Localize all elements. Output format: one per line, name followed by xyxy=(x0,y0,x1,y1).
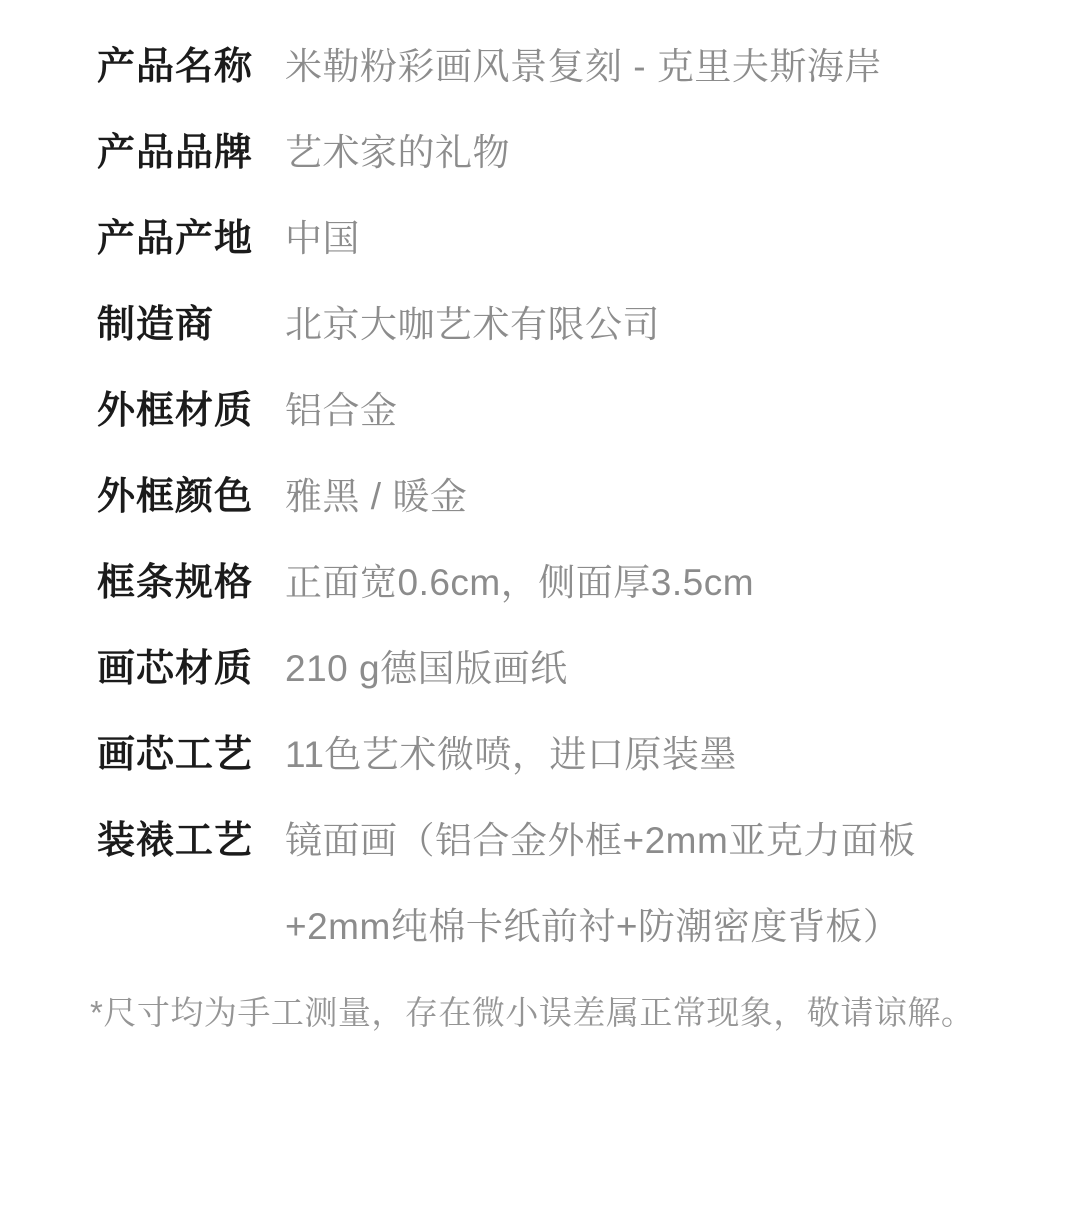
spec-value: 中国 xyxy=(285,196,360,282)
spec-value: 雅黑 / 暖金 xyxy=(285,454,467,540)
spec-label: 画芯材质 xyxy=(97,626,285,712)
spec-row: 画芯材质 210 g德国版画纸 xyxy=(97,626,1020,712)
spec-row: 产品品牌 艺术家的礼物 xyxy=(97,110,1020,196)
spec-value: 铝合金 xyxy=(285,368,398,454)
spec-value: 米勒粉彩画风景复刻 - 克里夫斯海岸 xyxy=(285,24,882,110)
spec-row: 产品名称 米勒粉彩画风景复刻 - 克里夫斯海岸 xyxy=(97,24,1020,110)
spec-value: 艺术家的礼物 xyxy=(285,110,510,196)
measurement-disclaimer: *尺寸均为手工测量，存在微小误差属正常现象，敬请谅解。 xyxy=(90,970,1020,1056)
spec-label: 产品名称 xyxy=(97,24,285,110)
spec-value: 11色艺术微喷，进口原装墨 xyxy=(285,712,737,798)
spec-label: 制造商 xyxy=(97,282,285,368)
spec-label: 画芯工艺 xyxy=(97,712,285,798)
spec-row: 画芯工艺 11色艺术微喷，进口原装墨 xyxy=(97,712,1020,798)
spec-value: 210 g德国版画纸 xyxy=(285,626,568,712)
spec-label: 产品产地 xyxy=(97,196,285,282)
spec-value: 镜面画（铝合金外框+2mm亚克力面板 +2mm纯棉卡纸前衬+防潮密度背板） xyxy=(285,798,916,970)
spec-row: 外框材质 铝合金 xyxy=(97,368,1020,454)
spec-row: 框条规格 正面宽0.6cm，侧面厚3.5cm xyxy=(97,540,1020,626)
spec-label: 外框颜色 xyxy=(97,454,285,540)
spec-label: 外框材质 xyxy=(97,368,285,454)
spec-label: 产品品牌 xyxy=(97,110,285,196)
product-spec-table: 产品名称 米勒粉彩画风景复刻 - 克里夫斯海岸 产品品牌 艺术家的礼物 产品产地… xyxy=(0,0,1080,1056)
spec-row: 装裱工艺 镜面画（铝合金外框+2mm亚克力面板 +2mm纯棉卡纸前衬+防潮密度背… xyxy=(97,798,1020,970)
spec-label: 框条规格 xyxy=(97,540,285,626)
spec-row: 外框颜色 雅黑 / 暖金 xyxy=(97,454,1020,540)
spec-label: 装裱工艺 xyxy=(97,798,285,884)
spec-row: 产品产地 中国 xyxy=(97,196,1020,282)
spec-value: 正面宽0.6cm，侧面厚3.5cm xyxy=(285,540,754,626)
spec-row: 制造商 北京大咖艺术有限公司 xyxy=(97,282,1020,368)
spec-value: 北京大咖艺术有限公司 xyxy=(285,282,660,368)
